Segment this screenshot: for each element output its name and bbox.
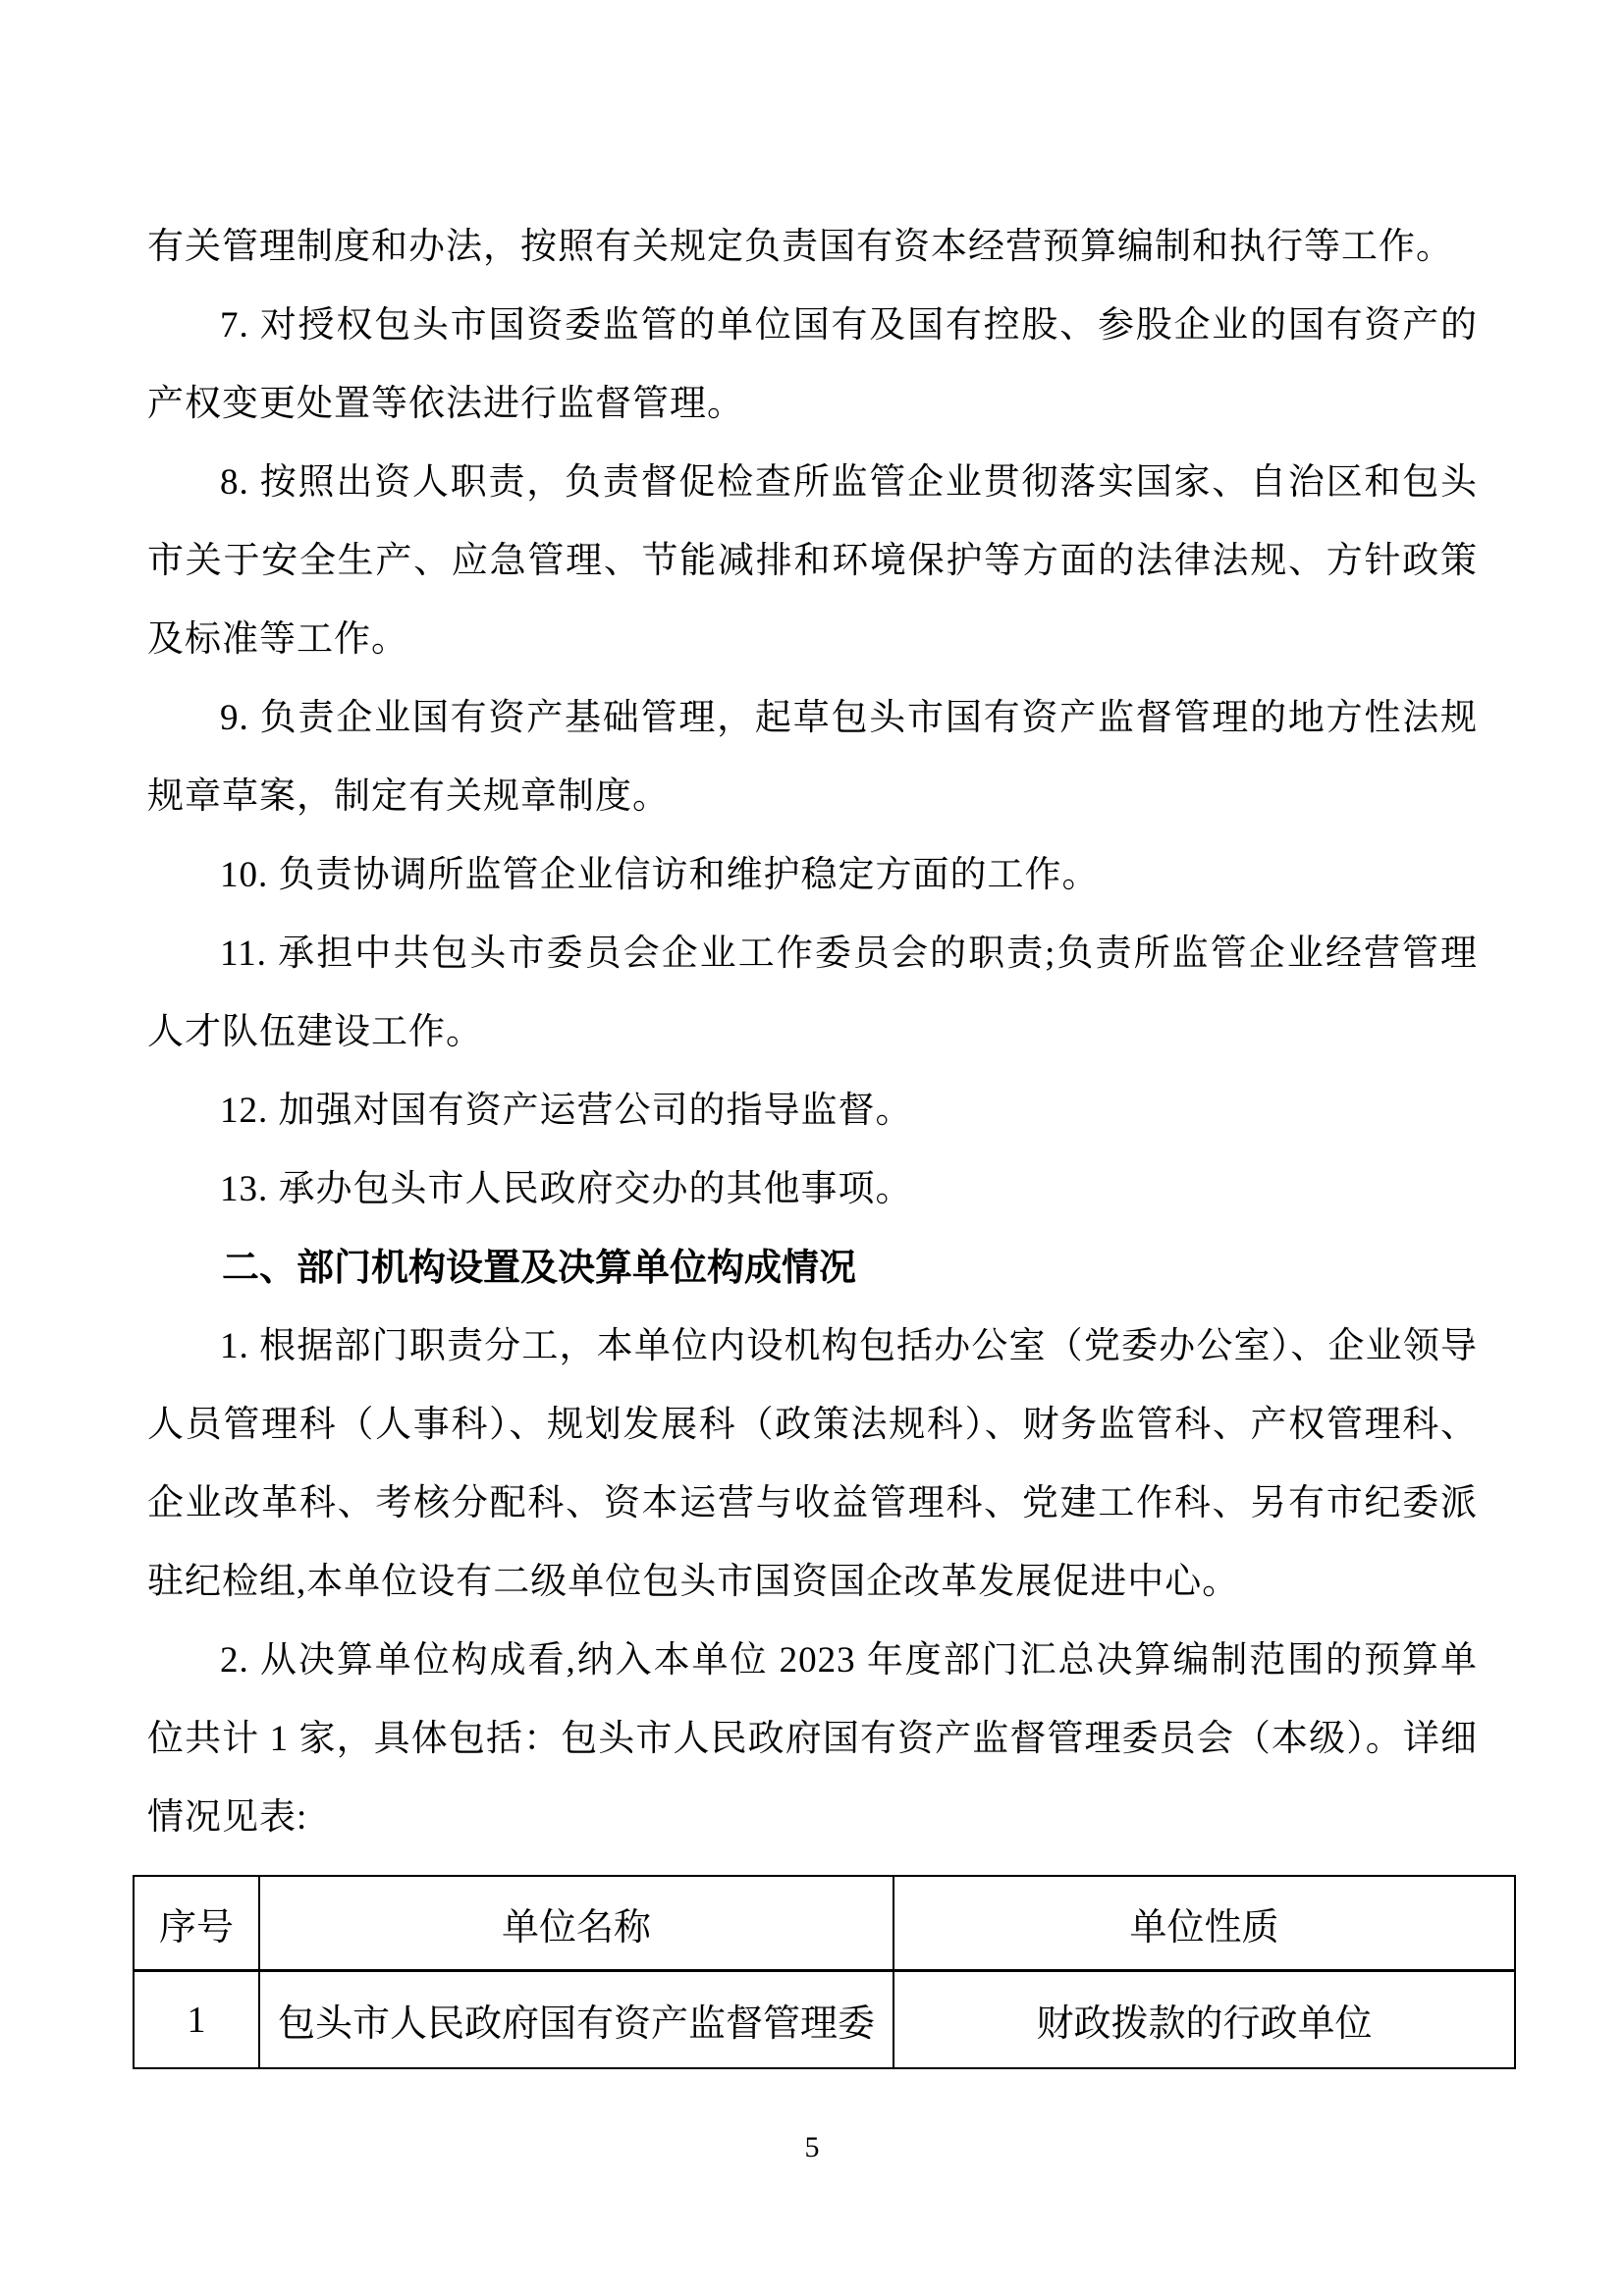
paragraph-section-item-2: 2. 从决算单位构成看,纳入本单位 2023 年度部门汇总决算编制范围的预算单位… — [147, 1622, 1478, 1857]
paragraph-continuation: 有关管理制度和办法，按照有关规定负责国有资本经营预算编制和执行等工作。 — [147, 208, 1478, 287]
header-cell-index: 序号 — [134, 1876, 259, 1971]
units-table: 序号 单位名称 单位性质 1 包头市人民政府国有资产监督管理委 财政拨款的行政单… — [133, 1875, 1516, 2069]
header-cell-unit-name: 单位名称 — [259, 1876, 893, 1971]
paragraph-item-12: 12. 加强对国有资产运营公司的指导监督。 — [147, 1072, 1478, 1150]
units-table-header: 序号 单位名称 单位性质 — [134, 1876, 1515, 1971]
cell-unit-nature: 财政拨款的行政单位 — [893, 1971, 1515, 2069]
paragraph-item-8: 8. 按照出资人职责，负责督促检查所监管企业贯彻落实国家、自治区和包头市关于安全… — [147, 444, 1478, 679]
table-row: 1 包头市人民政府国有资产监督管理委 财政拨款的行政单位 — [134, 1971, 1515, 2069]
paragraph-item-9: 9. 负责企业国有资产基础管理，起草包头市国有资产监督管理的地方性法规规章草案，… — [147, 679, 1478, 836]
section-heading: 二、部门机构设置及决算单位构成情况 — [147, 1229, 1478, 1308]
paragraph-section-item-1: 1. 根据部门职责分工，本单位内设机构包括办公室（党委办公室）、企业领导人员管理… — [147, 1308, 1478, 1622]
document-page: 有关管理制度和办法，按照有关规定负责国有资本经营预算编制和执行等工作。 7. 对… — [0, 0, 1624, 2296]
paragraph-item-10: 10. 负责协调所监管企业信访和维护稳定方面的工作。 — [147, 836, 1478, 915]
page-content: 有关管理制度和办法，按照有关规定负责国有资本经营预算编制和执行等工作。 7. 对… — [147, 208, 1478, 2069]
units-table-body: 1 包头市人民政府国有资产监督管理委 财政拨款的行政单位 — [134, 1971, 1515, 2069]
cell-unit-name: 包头市人民政府国有资产监督管理委 — [259, 1971, 893, 2069]
paragraph-item-7: 7. 对授权包头市国资委监管的单位国有及国有控股、参股企业的国有资产的产权变更处… — [147, 287, 1478, 444]
paragraph-item-13: 13. 承办包头市人民政府交办的其他事项。 — [147, 1150, 1478, 1229]
paragraph-item-11: 11. 承担中共包头市委员会企业工作委员会的职责;负责所监管企业经营管理人才队伍… — [147, 915, 1478, 1072]
cell-index: 1 — [134, 1971, 259, 2069]
table-header-row: 序号 单位名称 单位性质 — [134, 1876, 1515, 1971]
header-cell-unit-nature: 单位性质 — [893, 1876, 1515, 1971]
page-number: 5 — [0, 2128, 1624, 2167]
